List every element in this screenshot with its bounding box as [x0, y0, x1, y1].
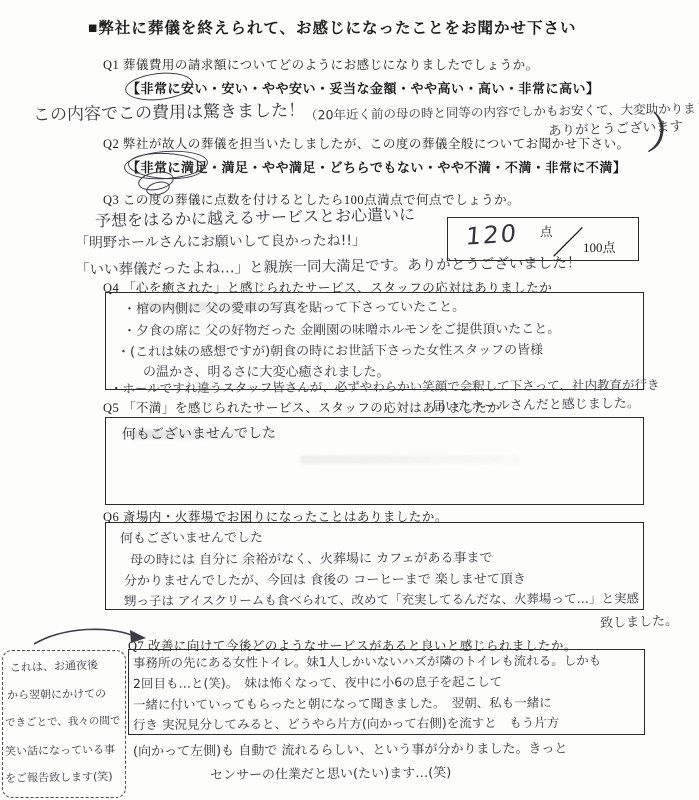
score-max-label: 100点	[583, 237, 616, 256]
q7-side-note-line: できごとで、我々の間で	[5, 713, 121, 730]
q4-handwritten-line: ・棺の内側に 父の愛車の写真を貼って下さっていたこと。	[123, 296, 465, 317]
q6-handwritten-overflow: 致しました。	[600, 610, 679, 632]
q4-handwritten-line: ・夕食の席に 父の好物だった 金剛園の味噌ホルモンをご提供頂いたこと。	[123, 318, 560, 339]
q6-handwritten-line: 分かりませんでしたが、今回は 食後の コーヒーまで 楽しませて頂き	[124, 568, 526, 589]
q7-handwritten-overflow-line: (向かって左側)も 自動で 流れるらしい、という事が分かりました。きっと	[133, 737, 568, 759]
q7-side-note-line: 笑い話になっている事	[5, 741, 115, 759]
q4-handwritten-continuation: 届いたホールさんだと感じました。	[432, 392, 640, 415]
q7-handwritten-line: 2回目も…と(笑)。 妹は怖くなって、夜中に小6の息子を起こして	[133, 672, 502, 692]
q1-closing-paren-mark: ）	[644, 97, 696, 167]
page-title: ■弊社に葬儀を終えられて、お感じになったことをお聞かせ下さい	[88, 16, 577, 38]
q7-side-note-line: から翌朝にかけての	[7, 685, 106, 703]
q7-handwritten-overflow-line: センサーの仕業だと思い(たい)ます…(笑)	[210, 762, 451, 784]
score-value-handwritten: 120	[465, 219, 519, 251]
q5-handwritten-answer: 何もございませんでした	[122, 422, 276, 444]
q1-options: 【非常に安い・安い・やや安い・妥当な金額・やや高い・高い・非常に高い】	[127, 78, 600, 97]
q2-question: Q2 弊社が故人の葬儀を担当いたしましたが、この度の葬儀全般についてお聞かせ下さ…	[103, 134, 630, 152]
scanned-survey-page: ■弊社に葬儀を終えられて、お感じになったことをお聞かせ下さい Q1 葬儀費用の請…	[0, 0, 699, 800]
score-slash: ／	[552, 218, 584, 264]
q7-side-note-line: これは、お通夜後	[10, 656, 99, 675]
q1-question: Q1 葬儀費用の請求額についてどのようにお感じになりましたでしょうか。	[103, 55, 539, 73]
q1-handwritten-answer: この内容でこの費用は驚きました！	[33, 96, 305, 126]
q6-handwritten-line: 何もございませんでした	[120, 527, 263, 547]
score-points-label: 点	[540, 222, 553, 240]
q4-handwritten-line: ・(これは妹の感想ですが)朝食の時にお世話下さった女性スタッフの皆様	[117, 339, 543, 360]
q3-handwritten-line: 「明野ホールさんにお願いして良かったね!!」	[75, 230, 366, 253]
q7-side-note-line: をご報告致します(笑)	[5, 768, 113, 786]
whiteout-smudge	[300, 455, 520, 464]
q7-handwritten-line: 一緒に付いていってもらったと朝になって聞きました。 翌朝、私も一緒に	[133, 693, 552, 713]
q7-handwritten-line: 行き 実況見分してみると、どうやら片方(向かって右側)を流すと もう片方	[133, 713, 559, 733]
q6-handwritten-line: 甥っ子は アイスクリームも食べられて、改めて「充実してるんだな、火葬場って…」と…	[124, 589, 639, 610]
q6-handwritten-line: 母の時には 自分に 余裕がなく、火葬場に カフェがある事まで	[130, 547, 493, 569]
q7-handwritten-line: 事務所の先にある女性トイレ。妹1人しかいないハズが隣のトイレも流れる。しかも	[133, 651, 601, 671]
